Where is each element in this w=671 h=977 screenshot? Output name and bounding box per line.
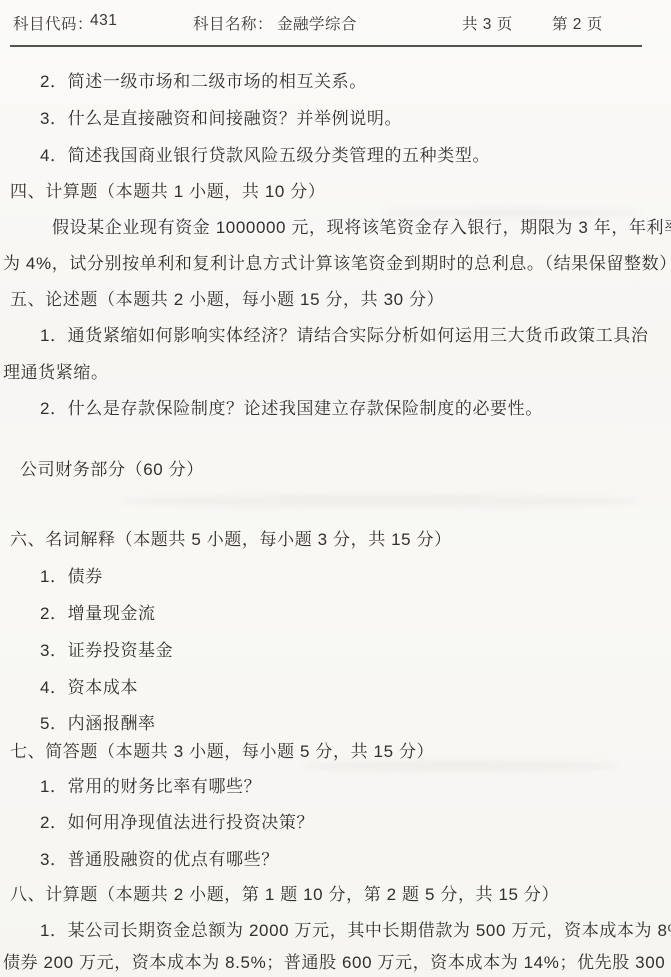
question-line: 3．什么是直接融资和间接融资？并举例说明。 bbox=[40, 106, 402, 132]
section-8-heading: 八、计算题（本题共 2 小题，第 1 题 10 分，第 2 题 5 分，共 15… bbox=[10, 882, 559, 908]
term-line: 3．证券投资基金 bbox=[40, 638, 173, 664]
question-line-cont: 理通货紧缩。 bbox=[3, 360, 109, 386]
subject-code-label: 科目代码： bbox=[13, 12, 93, 34]
total-pages: 共 3 页 bbox=[462, 12, 513, 34]
scan-artifact bbox=[120, 494, 640, 508]
current-page: 第 2 页 bbox=[552, 12, 603, 34]
subject-code-value: 431 bbox=[90, 12, 117, 30]
term-line: 5．内涵报酬率 bbox=[40, 711, 156, 737]
question-line: 4．简述我国商业银行贷款风险五级分类管理的五种类型。 bbox=[40, 143, 490, 169]
section-7-heading: 七、简答题（本题共 3 小题，每小题 5 分，共 15 分） bbox=[10, 739, 434, 765]
question-line: 2．什么是存款保险制度？论述我国建立存款保险制度的必要性。 bbox=[40, 396, 543, 422]
section-5-heading: 五、论述题（本题共 2 小题，每小题 15 分，共 30 分） bbox=[10, 287, 444, 313]
question-line: 2．简述一级市场和二级市场的相互关系。 bbox=[40, 69, 367, 95]
question-line: 1．常用的财务比率有哪些？ bbox=[40, 774, 261, 800]
term-line: 2．增量现金流 bbox=[40, 601, 156, 627]
problem-text: 1．某公司长期资金总额为 2000 万元，其中长期借款为 500 万元，资本成本… bbox=[40, 918, 671, 944]
part-title-corporate-finance: 公司财务部分（60 分） bbox=[20, 457, 204, 483]
question-line: 1．通货紧缩如何影响实体经济？请结合实际分析如何运用三大货币政策工具治 bbox=[40, 323, 648, 349]
problem-text: 为 4%，试分别按单利和复利计息方式计算该笔资金到期时的总利息。（结果保留整数） bbox=[3, 251, 671, 277]
problem-text: 债券 200 万元，资本成本为 8.5%；普通股 600 万元，资本成本为 14… bbox=[3, 950, 671, 976]
term-line: 4．资本成本 bbox=[40, 675, 138, 701]
exam-paper-page: 科目代码： 431 科目名称： 金融学综合 共 3 页 第 2 页 2．简述一级… bbox=[0, 0, 671, 977]
header-divider bbox=[10, 45, 642, 47]
section-4-heading: 四、计算题（本题共 1 小题，共 10 分） bbox=[10, 179, 325, 205]
problem-text: 假设某企业现有资金 1000000 元，现将该笔资金存入银行，期限为 3 年，年… bbox=[52, 215, 671, 241]
term-line: 1．债券 bbox=[40, 564, 103, 590]
subject-name-label: 科目名称： bbox=[193, 12, 273, 34]
question-line: 3．普通股融资的优点有哪些？ bbox=[40, 847, 279, 873]
section-6-heading: 六、名词解释（本题共 5 小题，每小题 3 分，共 15 分） bbox=[10, 527, 452, 553]
subject-name-value: 金融学综合 bbox=[277, 12, 357, 34]
question-line: 2．如何用净现值法进行投资决策？ bbox=[40, 810, 314, 836]
